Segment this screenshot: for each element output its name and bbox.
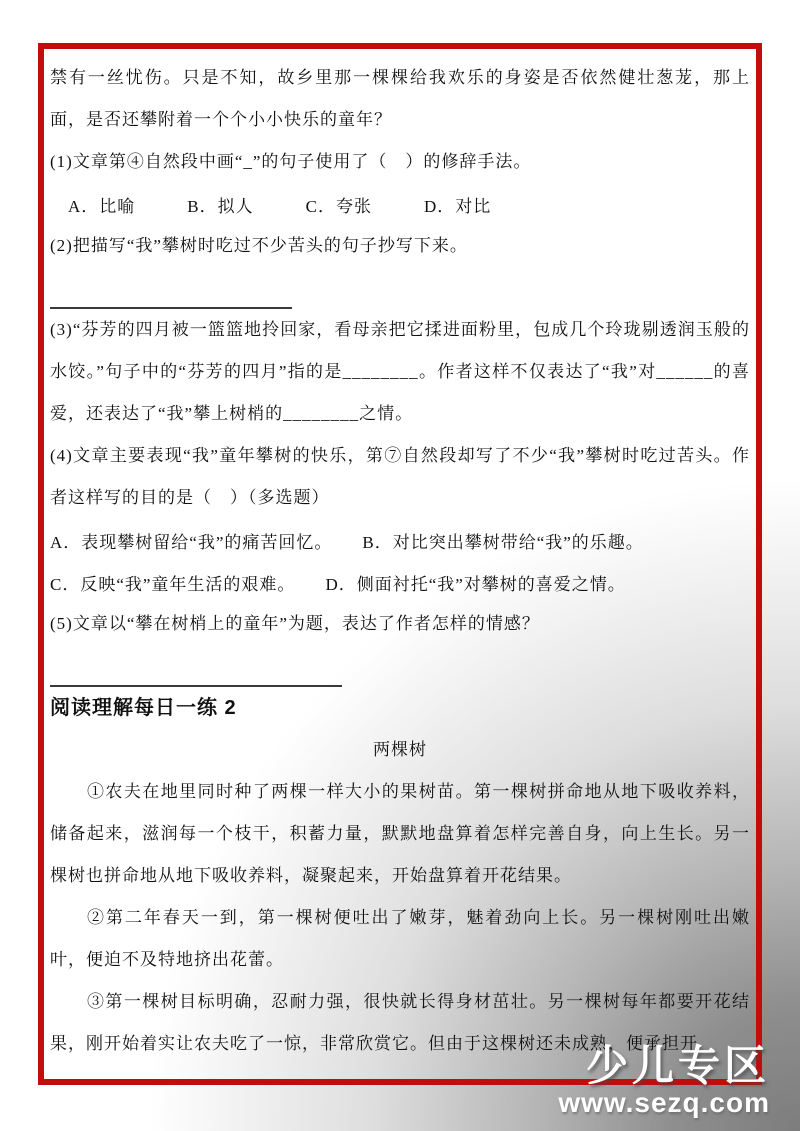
answer-rule [50, 653, 342, 687]
watermark: 少儿专区 www.sezq.com [558, 1044, 770, 1117]
answer-blank-line-2 [50, 645, 750, 687]
question-4: (4)文章主要表现“我”童年攀树的快乐，第⑦自然段却写了不少“我”攀树时吃过苦头… [50, 435, 750, 519]
passage-title: 两棵树 [50, 729, 750, 771]
question-5: (5)文章以“攀在树梢上的童年”为题，表达了作者怎样的情感？ [50, 603, 750, 645]
worksheet-page: 禁有一丝忧伤。只是不知，故乡里那一棵棵给我欢乐的身姿是否依然健壮葱茏，那上面，是… [0, 0, 800, 1131]
question-2: (2)把描写“我”攀树时吃过不少苦头的句子抄写下来。 [50, 225, 750, 267]
q4-option-a: A．表现攀树留给“我”的痛苦回忆。 [50, 528, 332, 553]
q4-option-c: C．反映“我”童年生活的艰难。 [50, 570, 295, 595]
q1-option-a: A．比喻 [68, 192, 135, 217]
passage-paragraph-2: ②第二年春天一到，第一棵树便吐出了嫩芽，魅着劲向上长。另一棵树刚吐出嫩叶，便迫不… [50, 897, 750, 981]
watermark-url-text: www.sezq.com [558, 1088, 770, 1117]
q4-option-d: D．侧面衬托“我”对攀树的喜爱之情。 [325, 570, 625, 595]
section-heading: 阅读理解每日一练 2 [50, 687, 750, 729]
answer-rule [50, 275, 292, 309]
q1-option-c: C．夸张 [306, 192, 372, 217]
passage1-continuation: 禁有一丝忧伤。只是不知，故乡里那一棵棵给我欢乐的身姿是否依然健壮葱茏，那上面，是… [50, 57, 750, 141]
watermark-brand-text: 少儿专区 [558, 1044, 770, 1088]
q4-option-b: B．对比突出攀树带给“我”的乐趣。 [362, 528, 643, 553]
question-3: (3)“芬芳的四月被一篮篮地拎回家，看母亲把它揉进面粉里，包成几个玲珑剔透润玉般… [50, 309, 750, 435]
red-border-frame: 禁有一丝忧伤。只是不知，故乡里那一棵棵给我欢乐的身姿是否依然健壮葱茏，那上面，是… [38, 43, 762, 1085]
answer-blank-line-1 [50, 267, 750, 309]
worksheet-content: 禁有一丝忧伤。只是不知，故乡里那一棵棵给我欢乐的身姿是否依然健壮葱茏，那上面，是… [44, 49, 756, 1079]
question-4-options-row-2: C．反映“我”童年生活的艰难。 D．侧面衬托“我”对攀树的喜爱之情。 [50, 561, 750, 603]
passage-paragraph-1: ①农夫在地里同时种了两棵一样大小的果树苗。第一棵树拼命地从地下吸收养料，储备起来… [50, 771, 750, 897]
q1-option-d: D．对比 [424, 192, 491, 217]
q1-option-b: B．拟人 [187, 192, 253, 217]
question-4-options-row-1: A．表现攀树留给“我”的痛苦回忆。 B．对比突出攀树带给“我”的乐趣。 [50, 519, 750, 561]
question-1-options: A．比喻 B．拟人 C．夸张 D．对比 [50, 183, 750, 225]
question-1: (1)文章第④自然段中画“_”的句子使用了（ ）的修辞手法。 [50, 141, 750, 183]
